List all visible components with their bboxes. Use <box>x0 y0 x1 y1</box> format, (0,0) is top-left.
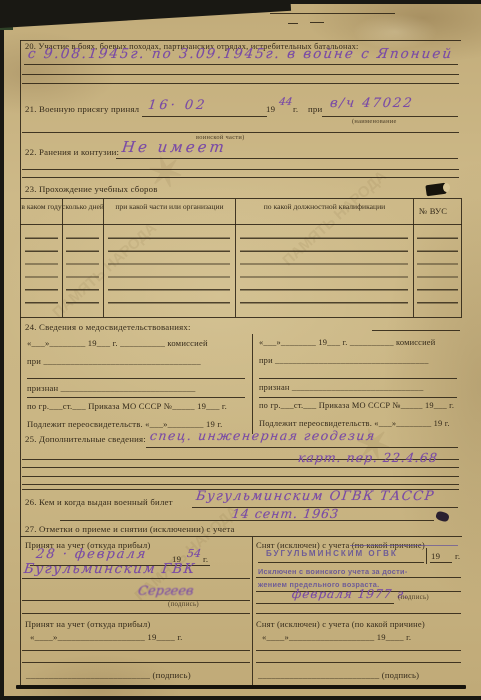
rule-line <box>27 397 245 398</box>
handwritten-issue-date: 14 сент. 1963 <box>231 506 340 521</box>
handwritten-wounds-entry: Не имеет <box>121 138 228 156</box>
accept-header: Принят на учет (откуда прибыл) <box>25 619 150 629</box>
rule-line <box>256 613 461 614</box>
handwritten-accept-date: 28 · февраля <box>35 547 148 562</box>
rule-line <box>142 116 267 117</box>
med-right-commission-row: «___»________ 19___ г. __________ комисс… <box>259 338 435 347</box>
rule-line <box>146 447 458 448</box>
table-header-border <box>20 224 462 225</box>
table-header-qualification: по какой должностной квалификации <box>236 202 413 211</box>
rule-line <box>258 562 424 563</box>
accept-blank-date-row: «____»___________________ 19____ г. <box>30 632 183 642</box>
handwritten-unit-number: в/ч 47022 <box>329 96 414 111</box>
handwritten-accept-org: Бугульминским ГВК <box>23 561 197 577</box>
rule-line <box>24 64 458 65</box>
rule-line <box>430 562 452 563</box>
remove-year-g-printed: г. <box>455 551 460 561</box>
med-left-prikaz-row: по гр.___ст.___ Приказа МО СССР №_____ 1… <box>27 401 227 411</box>
ink-redaction-highlight <box>443 183 450 192</box>
section-22-label: 22. Ранения и контузии: <box>25 147 119 157</box>
section-21-label: 21. Военную присягу принял <box>25 104 139 114</box>
table-bottom-border <box>20 317 462 318</box>
rule-line <box>22 177 459 178</box>
med-right-pri-row: при ___________________________________ <box>259 356 429 365</box>
caption-podpis: (подпись) <box>168 601 199 608</box>
rule-line <box>22 169 459 170</box>
rule-line <box>27 378 245 379</box>
table-top-border <box>20 198 462 199</box>
handwritten-accept-year: 54 <box>186 547 202 560</box>
rule-line <box>270 13 395 14</box>
rule-line <box>60 520 434 521</box>
section-23-label: 23. Прохождение учебных сборов <box>25 184 158 194</box>
rule-line <box>426 548 427 564</box>
table-column-divider <box>413 199 414 317</box>
table-header-days: сколько дней <box>62 202 104 211</box>
page-bottom-edge <box>16 685 466 689</box>
accept-blank-sign-row: ___________________________ (подпись) <box>26 670 191 680</box>
med-left-pri-row: при ___________________________________ <box>27 356 201 366</box>
rule-line <box>259 378 457 379</box>
med-right-priznan-row: признан ______________________________ <box>259 383 423 392</box>
rule-line <box>256 603 394 604</box>
rule-line <box>259 397 457 398</box>
table-header-year: в каком году <box>21 202 62 211</box>
table-column-divider <box>235 199 236 317</box>
handwritten-combat-entry: с 9.08.1945г. по 3.09.1945г. в войне с Я… <box>27 46 454 62</box>
handwritten-year-44: 44 <box>278 96 293 108</box>
remove-header: Снят (исключен) с учета (по какой причин… <box>256 619 425 629</box>
med-left-commission-row: «___»________ 19___ г. __________ комисс… <box>27 338 208 348</box>
table-column-divider <box>103 199 104 317</box>
handwritten-oath-date: 16· 02 <box>147 98 208 113</box>
handwritten-additional-info-1: спец. инженерная геодезия <box>149 428 377 443</box>
rule-line <box>22 132 459 133</box>
table-blank-rows-col1 <box>25 226 58 314</box>
rule-line <box>22 578 250 579</box>
rule-line <box>22 613 250 614</box>
rule-line <box>310 22 324 23</box>
rule-line <box>22 74 459 75</box>
rule-line <box>288 23 298 24</box>
med-left-priznan-row: признан ______________________________ <box>27 383 196 393</box>
section-25-label: 25. Дополнительные сведения: <box>25 434 146 444</box>
rule-line <box>22 467 459 468</box>
med-right-podlezhit-row: Подлежит переосвидетельств. «___»_______… <box>259 419 450 428</box>
pri-printed: при <box>308 104 322 114</box>
section-27-column-divider <box>252 537 253 687</box>
rule-line <box>116 158 458 159</box>
rule-line <box>22 476 459 477</box>
handwritten-remove-date: февраля 1977 г. <box>291 587 410 601</box>
section-24-label: 24. Сведения о медосвидетельствованиях: <box>25 322 191 332</box>
year-g-printed: г. <box>293 104 298 114</box>
rule-line <box>22 650 250 651</box>
table-right-border <box>461 199 462 317</box>
handwritten-issuer-org: Бугульминским ОГВК ТАССР <box>195 489 436 504</box>
table-header-vus: № ВУС <box>419 206 447 216</box>
remove-blank-date-row: «____»___________________ 19____ г. <box>262 632 411 642</box>
scanned-document-page: ПАМЯТЬ НАРОДА ПАМЯТЬ НАРОДА ПАМЯТЬ НАРОД… <box>0 0 481 700</box>
handwritten-additional-info-2: карт. пер. 22.4.68 <box>297 450 439 465</box>
rule-line <box>20 40 461 41</box>
section-24-column-divider <box>252 334 253 434</box>
rule-line <box>256 650 461 651</box>
rule-line <box>256 662 461 663</box>
stamp-strike-line <box>350 545 458 546</box>
rule-line <box>22 662 250 663</box>
remove-blank-sign-row: ___________________________ (подпись) <box>258 670 419 680</box>
rule-line <box>256 577 461 578</box>
table-blank-rows-col2 <box>66 226 99 314</box>
section-27-label: 27. Отметки о приеме и снятии (исключени… <box>25 524 235 534</box>
table-column-divider <box>62 199 63 317</box>
caption-naimenovanie: (наименование <box>352 118 397 125</box>
rule-line <box>20 536 462 537</box>
form-left-border <box>20 40 21 687</box>
rule-line <box>322 116 458 117</box>
table-blank-rows-col5 <box>417 226 458 314</box>
remove-year-19-printed: 19 <box>431 551 440 561</box>
stamp-exclusion-line1: Исключен с воинского учета за дости- <box>258 567 408 576</box>
rule-line <box>22 83 459 84</box>
rule-line <box>22 484 459 485</box>
med-right-prikaz-row: по гр.___ст.___ Приказа МО СССР №_____ 1… <box>259 401 454 410</box>
accept-year-g-printed: г. <box>203 554 208 564</box>
caption-podpis: (подпись) <box>398 594 429 601</box>
table-blank-rows-col4 <box>240 226 408 314</box>
stamp-remove-org: БУГУЛЬМИНСКИМ ОГВК <box>266 549 398 558</box>
year-19-printed: 19 <box>266 104 275 114</box>
handwritten-signature: Сергеев <box>137 584 194 599</box>
table-blank-rows-col3 <box>108 226 230 314</box>
rule-line <box>372 330 460 331</box>
rule-line <box>22 600 250 601</box>
section-26-label: 26. Кем и когда выдан военный билет <box>25 497 173 507</box>
table-header-unit: при какой части или организации <box>104 202 235 211</box>
